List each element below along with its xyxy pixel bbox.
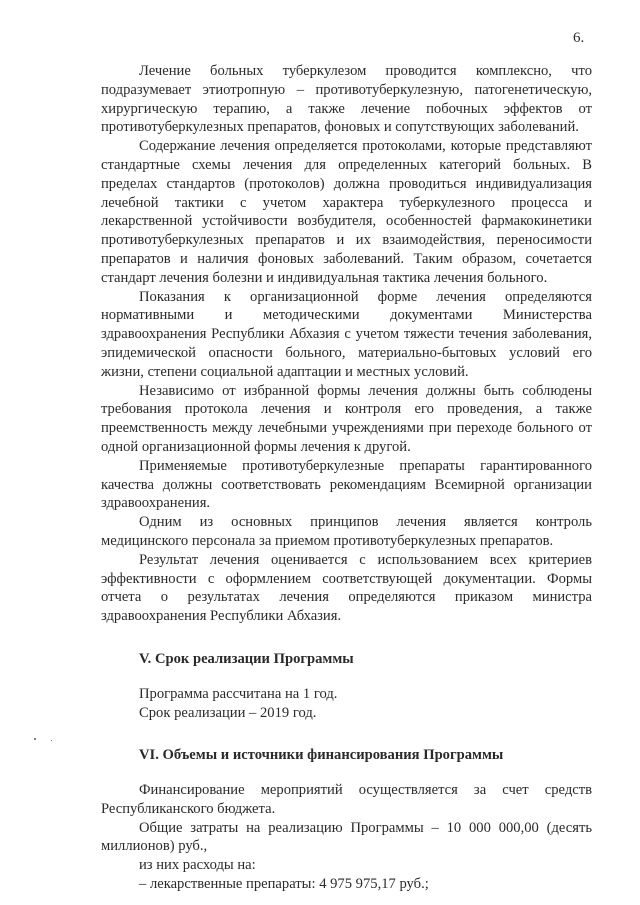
paragraph-control-principle: Одним из основных принципов лечения явля… bbox=[101, 513, 592, 551]
paragraph-treatment-complex: Лечение больных туберкулезом проводится … bbox=[101, 62, 592, 137]
paragraph-treatment-result: Результат лечения оценивается с использо… bbox=[101, 551, 592, 626]
section-heading-6: VI. Объемы и источники финансирования Пр… bbox=[101, 746, 592, 765]
program-term-line: Срок реализации – 2019 год. bbox=[101, 704, 592, 723]
paragraph-indications: Показания к организационной форме лечени… bbox=[101, 288, 592, 382]
paragraph-funding-source: Финансирование мероприятий осуществляетс… bbox=[101, 781, 592, 819]
expenses-drugs-line: – лекарственные препараты: 4 975 975,17 … bbox=[101, 875, 592, 894]
page-number: 6. bbox=[573, 30, 584, 47]
scan-speck bbox=[34, 738, 36, 740]
section-heading-5: V. Срок реализации Программы bbox=[101, 650, 592, 669]
expenses-intro-line: из них расходы на: bbox=[101, 856, 592, 875]
program-duration-line: Программа рассчитана на 1 год. bbox=[101, 685, 592, 704]
paragraph-total-costs: Общие затраты на реализацию Программы – … bbox=[101, 819, 592, 857]
document-body: Лечение больных туберкулезом проводится … bbox=[101, 62, 592, 894]
paragraph-treatment-content: Содержание лечения определяется протокол… bbox=[101, 137, 592, 287]
paragraph-protocol-requirements: Независимо от избранной формы лечения до… bbox=[101, 382, 592, 457]
scan-speck bbox=[51, 740, 52, 741]
paragraph-drugs-quality: Применяемые противотуберкулезные препара… bbox=[101, 457, 592, 513]
